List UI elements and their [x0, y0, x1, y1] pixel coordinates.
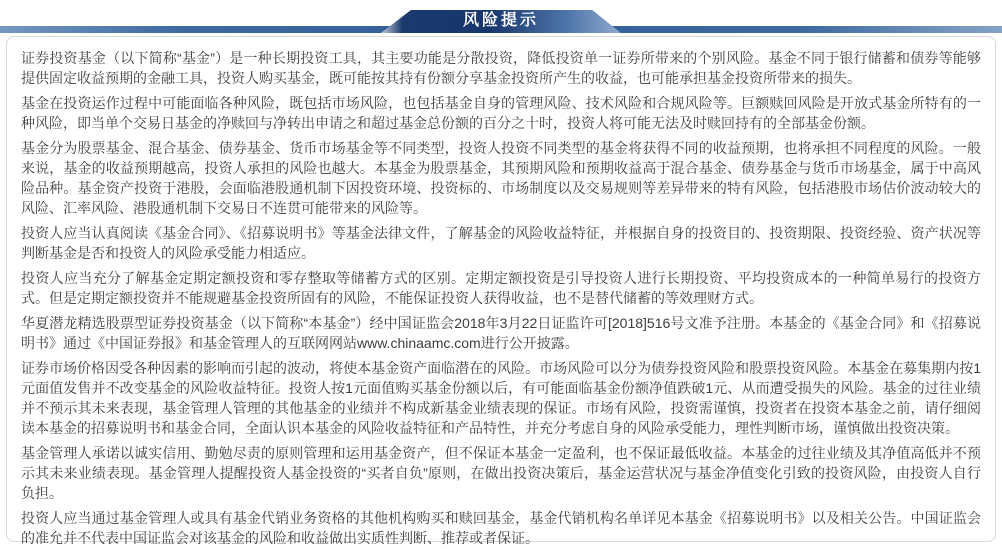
- risk-paragraph: 证券投资基金（以下简称“基金”）是一种长期投资工具，其主要功能是分散投资，降低投…: [21, 48, 981, 88]
- risk-paragraph: 投资人应当认真阅读《基金合同》、《招募说明书》等基金法律文件，了解基金的风险收益…: [21, 223, 981, 263]
- banner-title-trapezoid: 风险提示: [381, 10, 621, 33]
- risk-paragraph: 基金分为股票基金、混合基金、债券基金、货币市场基金等不同类型，投资人投资不同类型…: [21, 138, 981, 218]
- page-title: 风险提示: [463, 13, 539, 31]
- risk-banner-header: 风险提示: [0, 10, 1002, 33]
- risk-content-box: 证券投资基金（以下简称“基金”）是一种长期投资工具，其主要功能是分散投资，降低投…: [6, 36, 996, 542]
- risk-paragraph: 投资人应当充分了解基金定期定额投资和零存整取等储蓄方式的区别。定期定额投资是引导…: [21, 268, 981, 308]
- risk-paragraph: 投资人应当通过基金管理人或具有基金代销业务资格的其他机构购买和赎回基金，基金代销…: [21, 508, 981, 548]
- risk-paragraph: 证券市场价格因受各种因素的影响而引起的波动，将使本基金资产面临潜在的风险。市场风…: [21, 358, 981, 438]
- risk-paragraph: 基金管理人承诺以诚实信用、勤勉尽责的原则管理和运用基金资产，但不保证本基金一定盈…: [21, 443, 981, 503]
- risk-paragraph: 华夏潜龙精选股票型证券投资基金（以下简称“本基金”）经中国证监会2018年3月2…: [21, 313, 981, 353]
- risk-paragraph: 基金在投资运作过程中可能面临各种风险，既包括市场风险，也包括基金自身的管理风险、…: [21, 93, 981, 133]
